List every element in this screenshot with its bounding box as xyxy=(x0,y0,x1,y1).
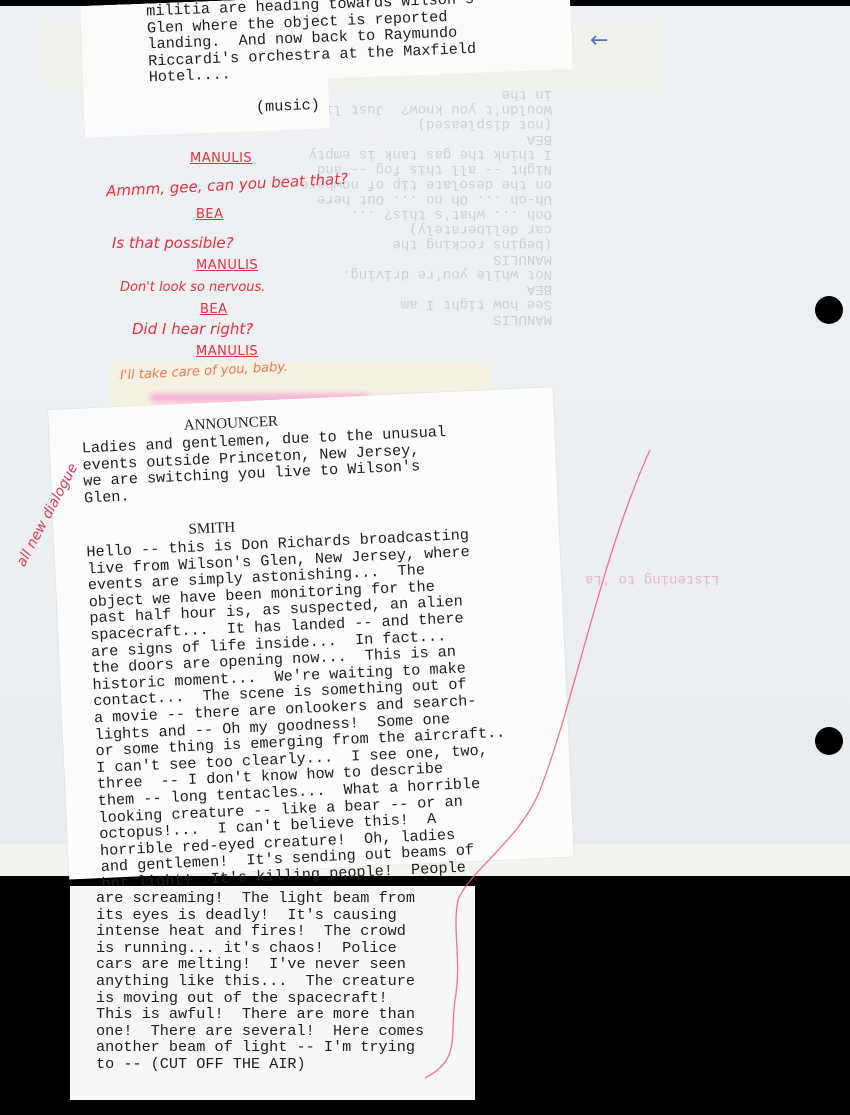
hand-line-4: Did I hear right? xyxy=(132,320,253,338)
text-line: cars are melting! I've never seen xyxy=(96,956,424,973)
announcer-dialogue: Ladies and gentlemen, due to the unusual… xyxy=(81,424,448,507)
text-line: is moving out of the spacecraft! xyxy=(96,990,424,1007)
text-line: its eyes is deadly! It's causing xyxy=(96,907,424,924)
hand-char-manulis-2: MANULIS xyxy=(196,258,258,273)
clip-top-text: militia are heading towards Wilson'sGlen… xyxy=(146,0,477,86)
text-line: anything like this... The creature xyxy=(96,973,424,990)
text-line: is running... it's chaos! Police xyxy=(96,940,424,957)
text-line: intense heat and fires! The crowd xyxy=(96,923,424,940)
smith-dialogue-continued: are screaming! The light beam fromits ey… xyxy=(96,890,424,1073)
hand-char-manulis-3: MANULIS xyxy=(196,344,258,359)
punch-hole-top xyxy=(815,296,843,324)
text-line: one! There are several! Here comes xyxy=(96,1023,424,1040)
hand-line-2: Is that possible? xyxy=(112,234,234,252)
clip-announcer-smith: ANNOUNCER Ladies and gentlemen, due to t… xyxy=(48,387,574,879)
text-line: This is awful! There are more than xyxy=(96,1006,424,1023)
text-line: are screaming! The light beam from xyxy=(96,890,424,907)
clip-smith-continued: are screaming! The light beam fromits ey… xyxy=(70,886,475,1100)
hand-char-manulis-1: MANULIS xyxy=(190,151,252,166)
hand-line-3: Don't look so nervous. xyxy=(120,280,265,295)
ghost-text-block: MANULIS See how tight I am BEA Not while… xyxy=(300,86,552,326)
ghost-pink-note: Listening to 'La xyxy=(585,571,719,586)
hand-char-bea-2: BEA xyxy=(200,302,228,317)
character-smith: SMITH xyxy=(188,520,235,539)
stage-direction-music: (music) xyxy=(256,97,320,116)
hand-char-bea-1: BEA xyxy=(196,207,224,222)
punch-hole-bottom xyxy=(815,727,843,755)
text-line: another beam of light -- I'm trying xyxy=(96,1039,424,1056)
blue-arrow-mark: ← xyxy=(590,28,608,53)
smith-dialogue: Hello -- this is Don Richards broadcasti… xyxy=(86,526,512,893)
text-line: to -- (CUT OFF THE AIR) xyxy=(96,1056,424,1073)
